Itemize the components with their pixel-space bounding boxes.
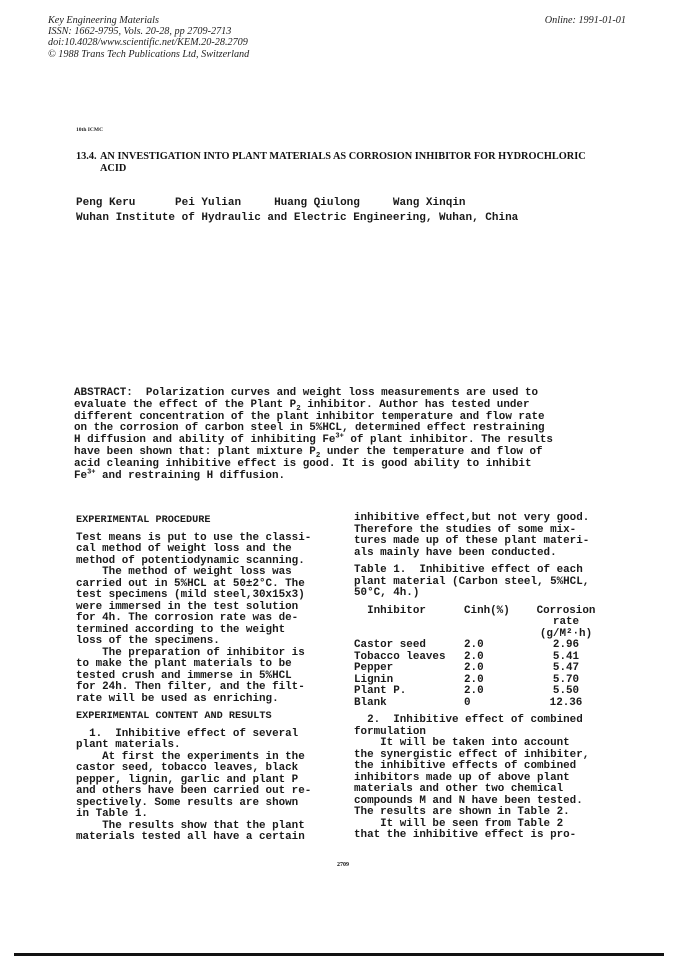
table-header-cell: Cinh(%) xyxy=(464,606,526,618)
abstract-line: evaluate the effect of the Plant P2 inhi… xyxy=(74,399,529,411)
table-cell: 12.36 xyxy=(526,698,606,710)
text-line: rate will be used as enriching. xyxy=(76,694,311,706)
table-cell: Plant P. xyxy=(354,686,464,698)
table-cell: Blank xyxy=(354,698,464,710)
text-line: castor seed, tobacco leaves, black xyxy=(76,763,311,775)
table-row: Pepper2.05.47 xyxy=(354,663,606,675)
page-number: 2709 xyxy=(337,862,349,868)
table-row: Castor seed2.02.96 xyxy=(354,640,606,652)
heading-content-results: EXPERIMENTAL CONTENT AND RESULTS xyxy=(76,711,311,723)
text-line: materials and other two chemical xyxy=(354,784,606,796)
abstract-line: H diffusion and ability of inhibiting Fe… xyxy=(74,434,553,446)
table-cell: 0 xyxy=(464,698,526,710)
issn-line: ISSN: 1662-9795, Vols. 20-28, pp 2709-27… xyxy=(48,26,249,37)
title-line-2: ACID xyxy=(76,163,636,175)
combined-formulation-text: 2. Inhibitive effect of combinedformulat… xyxy=(354,715,606,842)
text-line: The method of weight loss was xyxy=(76,567,311,579)
text-line: It will be taken into account xyxy=(354,738,606,750)
abstract-line: different concentration of the plant inh… xyxy=(74,411,545,423)
table-cell: 2.0 xyxy=(464,640,526,652)
text-line: tures made up of these plant materi- xyxy=(354,536,606,548)
text-line: cal method of weight loss and the xyxy=(76,544,311,556)
abstract-line: on the corrosion of carbon steel in 5%HC… xyxy=(74,422,545,434)
table-header-cell: rate xyxy=(526,617,606,629)
table-1: InhibitorCinh(%)Corrosionrate(g/M²·h)Cas… xyxy=(354,606,606,710)
text-line: materials tested all have a certain xyxy=(76,832,311,844)
online-date: Online: 1991-01-01 xyxy=(545,15,626,26)
text-line: in Table 1. xyxy=(76,809,311,821)
table-cell: Pepper xyxy=(354,663,464,675)
text-line: and others have been carried out re- xyxy=(76,786,311,798)
text-line: the inhibitive effects of combined xyxy=(354,761,606,773)
author: Pei Yulian xyxy=(175,197,241,209)
copyright-line: © 1988 Trans Tech Publications Ltd, Swit… xyxy=(48,49,249,60)
table-cell: 2.0 xyxy=(464,663,526,675)
text-line: loss of the specimens. xyxy=(76,636,311,648)
paper-title: 13.4.AN INVESTIGATION INTO PLANT MATERIA… xyxy=(76,151,636,175)
text-line: Table 1. Inhibitive effect of each xyxy=(354,565,606,577)
right-column: inhibitive effect,but not very good.Ther… xyxy=(354,513,606,842)
heading-experimental-procedure: EXPERIMENTAL PROCEDURE xyxy=(76,515,311,527)
table-cell: 2.96 xyxy=(526,640,606,652)
table-row: Blank012.36 xyxy=(354,698,606,710)
affiliation: Wuhan Institute of Hydraulic and Electri… xyxy=(76,212,518,224)
author: Huang Qiulong xyxy=(274,197,360,209)
table-header-cell: Inhibitor xyxy=(354,606,464,618)
table-header-cell xyxy=(354,617,464,629)
author: Peng Keru xyxy=(76,197,135,209)
results-text: 1. Inhibitive effect of severalplant mat… xyxy=(76,729,311,844)
conference-label: 10th ICMC xyxy=(76,127,103,133)
text-line: 50°C, 4h.) xyxy=(354,588,606,600)
table-cell: 5.47 xyxy=(526,663,606,675)
bottom-rule xyxy=(14,953,664,956)
text-line: The results are shown in Table 2. xyxy=(354,807,606,819)
abstract-label: ABSTRACT: xyxy=(74,387,133,399)
journal-metadata: Key Engineering Materials ISSN: 1662-979… xyxy=(48,15,249,60)
table-header-row: rate xyxy=(354,617,606,629)
left-column: EXPERIMENTAL PROCEDURETest means is put … xyxy=(76,515,311,844)
abstract-line: Fe3+ and restraining H diffusion. xyxy=(74,470,285,482)
table-cell: Castor seed xyxy=(354,640,464,652)
text-line: als mainly have been conducted. xyxy=(354,548,606,560)
table-header-cell xyxy=(464,617,526,629)
author-list: Peng Keru Pei Yulian Huang Qiulong Wang … xyxy=(76,197,466,209)
text-line: plant materials. xyxy=(76,740,311,752)
title-line-1: AN INVESTIGATION INTO PLANT MATERIALS AS… xyxy=(100,151,586,162)
procedure-text: Test means is put to use the classi-cal … xyxy=(76,533,311,706)
text-line: 2. Inhibitive effect of combined xyxy=(354,715,606,727)
abstract-line: have been shown that: plant mixture P2 u… xyxy=(74,446,543,458)
text-line: to make the plant materials to be xyxy=(76,659,311,671)
text-line: that the inhibitive effect is pro- xyxy=(354,830,606,842)
author: Wang Xinqin xyxy=(393,197,466,209)
text-line: for 24h. Then filter, and the filt- xyxy=(76,682,311,694)
abstract-line: Polarization curves and weight loss meas… xyxy=(146,387,538,399)
doi-line: doi:10.4028/www.scientific.net/KEM.20-28… xyxy=(48,37,249,48)
journal-name: Key Engineering Materials xyxy=(48,15,249,26)
section-number: 13.4. xyxy=(76,151,100,163)
table-cell: 5.50 xyxy=(526,686,606,698)
text-line: inhibitive effect,but not very good. xyxy=(354,513,606,525)
abstract-line: acid cleaning inhibitive effect is good.… xyxy=(74,458,531,470)
abstract: ABSTRACT: Polarization curves and weight… xyxy=(74,388,614,482)
table-row: Plant P.2.05.50 xyxy=(354,686,606,698)
table-cell: 2.0 xyxy=(464,686,526,698)
table-caption: Table 1. Inhibitive effect of eachplant … xyxy=(354,565,606,600)
mixture-text: inhibitive effect,but not very good.Ther… xyxy=(354,513,606,559)
text-line: test specimens (mild steel,30x15x3) xyxy=(76,590,311,602)
text-line: for 4h. The corrosion rate was de- xyxy=(76,613,311,625)
